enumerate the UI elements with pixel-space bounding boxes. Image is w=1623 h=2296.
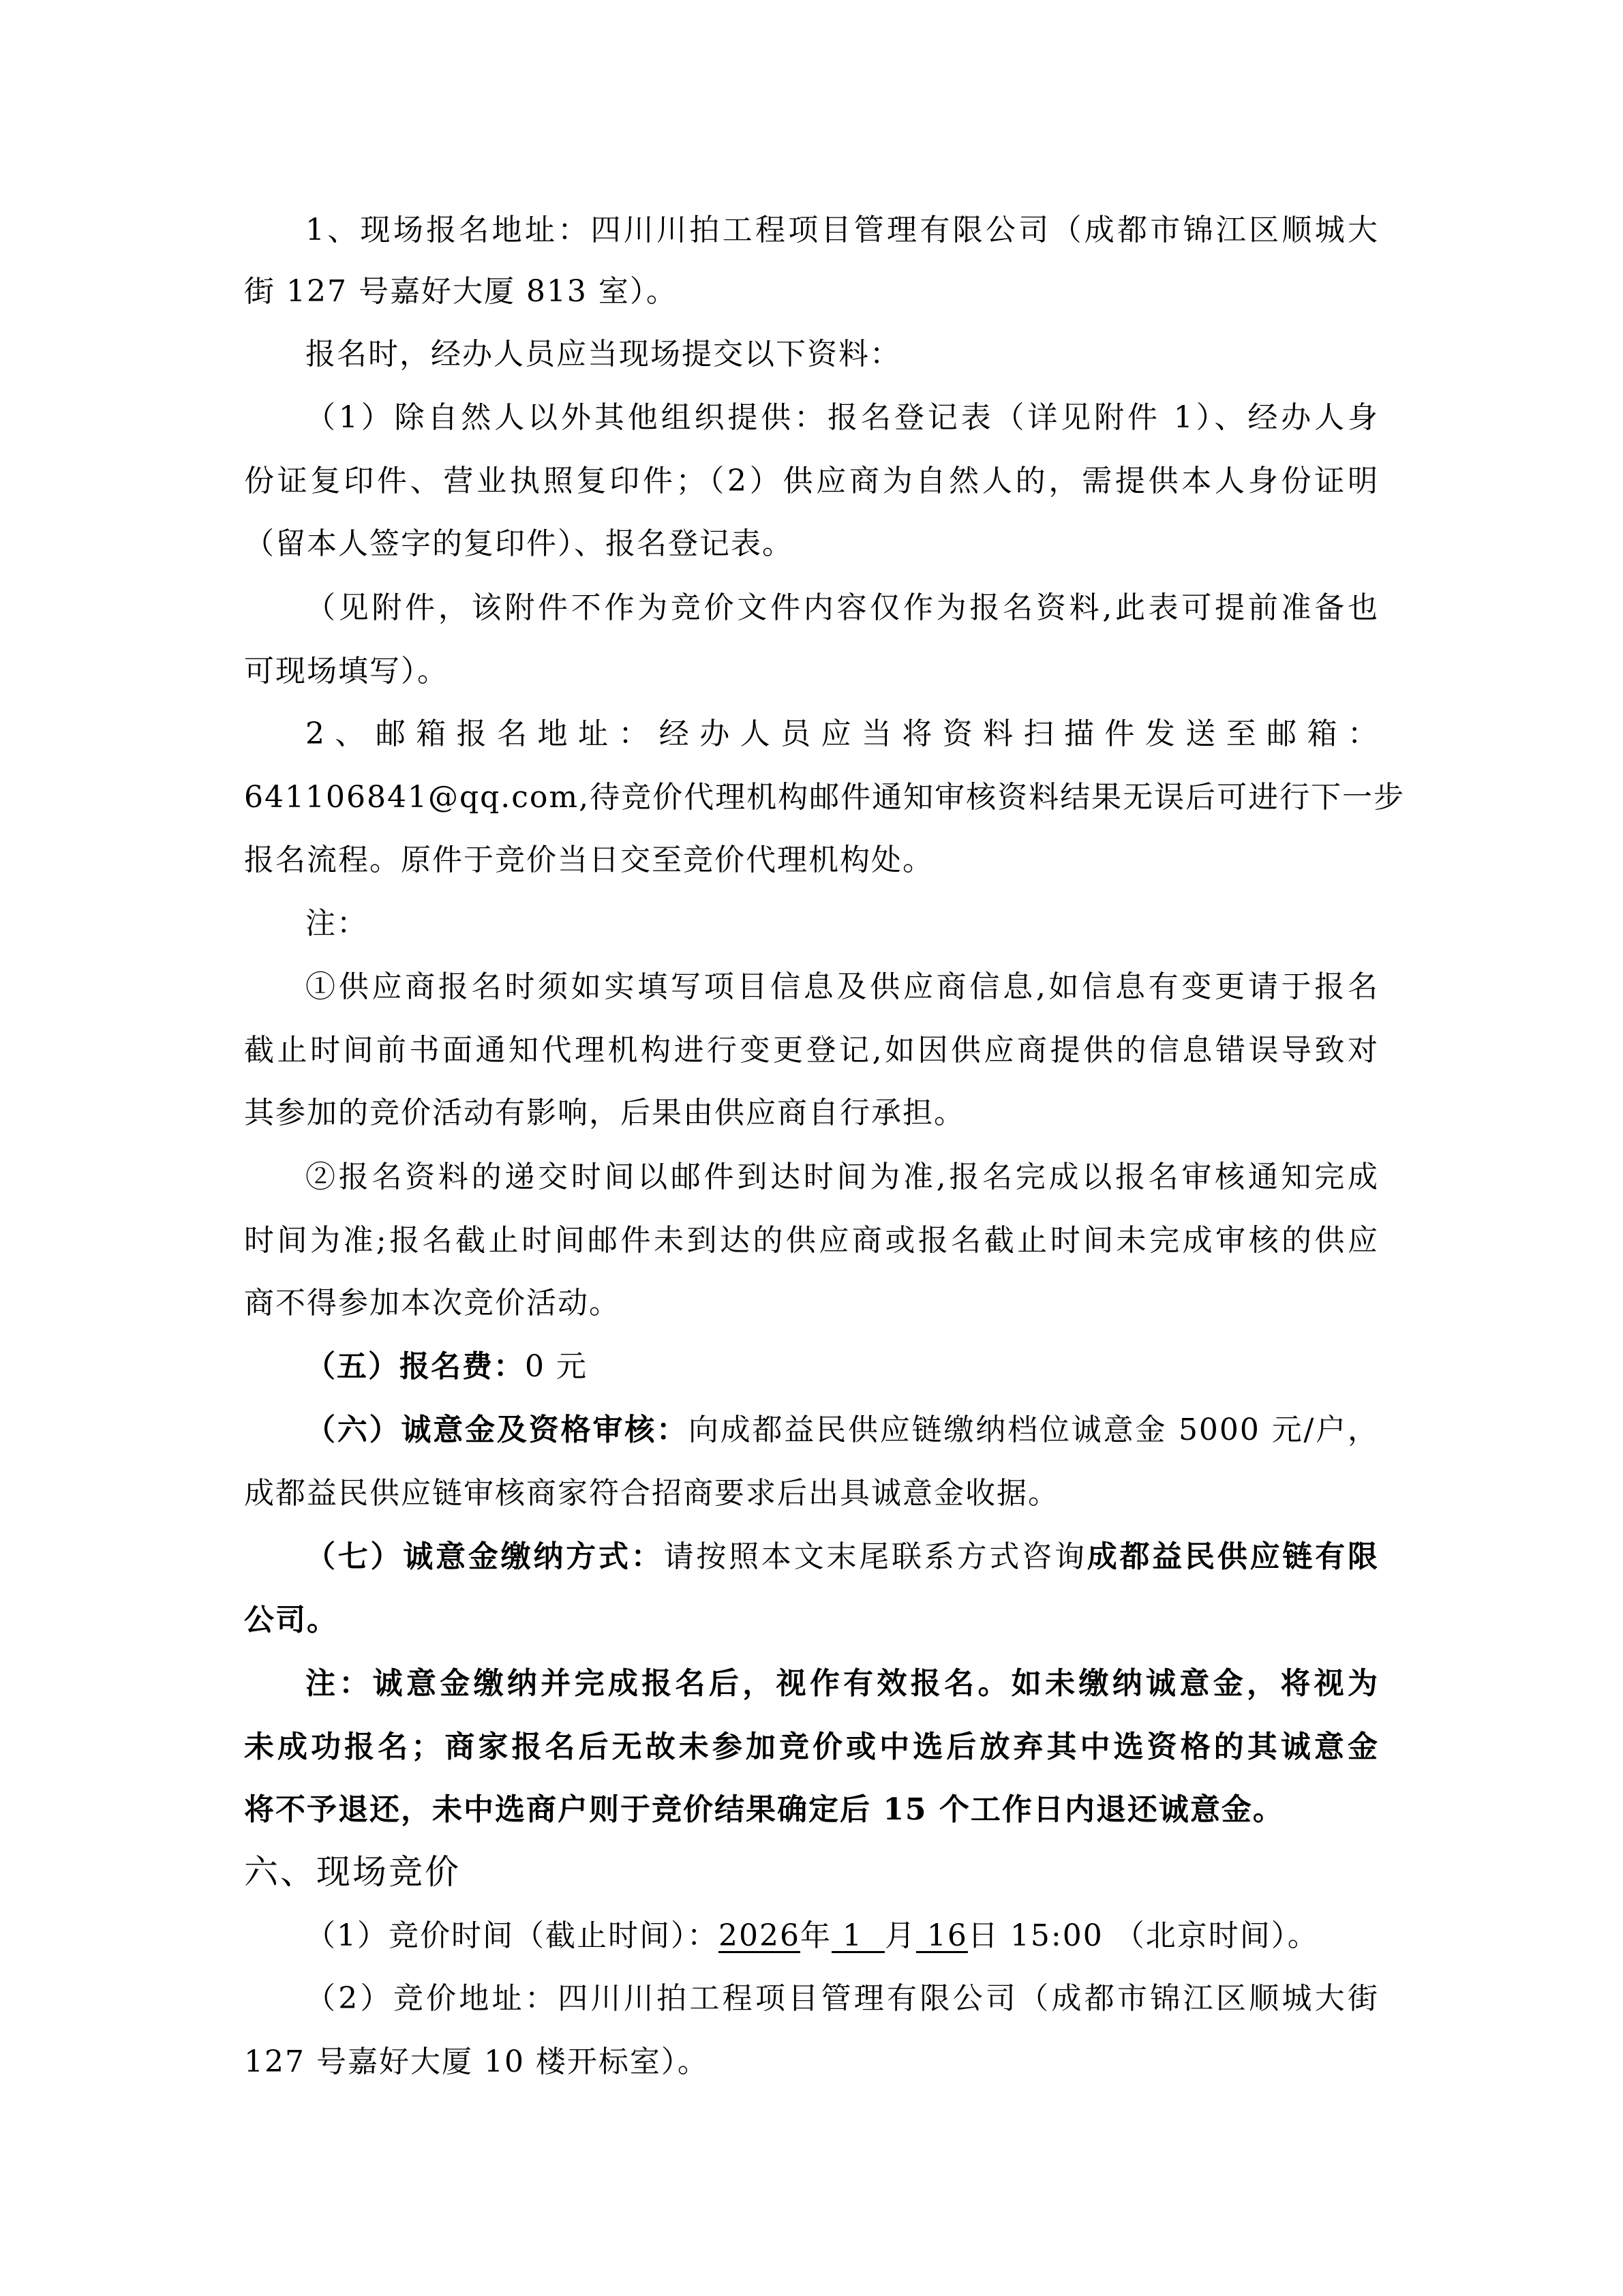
bold-note-line3: 将不予退还，未中选商户则于竞价结果确定后 15 个工作日内退还诚意金。 xyxy=(244,1789,1379,1830)
deposit-text: 向成都益民供应链缴纳档位诚意金 5000 元/户， xyxy=(688,1413,1379,1447)
bidding-day: 16 xyxy=(916,1918,968,1953)
registration-fee-value: 0 元 xyxy=(525,1349,588,1384)
note-label: 注： xyxy=(305,903,1379,944)
payment-text: 请按照本文末尾联系方式咨询 xyxy=(664,1539,1087,1574)
onsite-registration-address-line2: 街 127 号嘉好大厦 813 室）。 xyxy=(244,271,1379,312)
month-unit: 月 xyxy=(885,1918,916,1953)
payment-company: 成都益民供应链有限 xyxy=(1087,1539,1379,1574)
bidding-year: 2026 xyxy=(718,1918,800,1953)
submit-materials-intro: 报名时，经办人员应当现场提交以下资料： xyxy=(305,334,1379,375)
bidding-clock: 15:00 （北京时间）。 xyxy=(999,1918,1319,1953)
email-registration-line3: 报名流程。原件于竞价当日交至竞价代理机构处。 xyxy=(244,840,1379,881)
year-unit: 年 xyxy=(800,1918,832,1953)
document-page: 1、现场报名地址：四川川拍工程项目管理有限公司（成都市锦江区顺城大 街 127 … xyxy=(0,0,1623,2296)
deposit-line1: （六）诚意金及资格审核：向成都益民供应链缴纳档位诚意金 5000 元/户， xyxy=(305,1410,1379,1451)
payment-label: （七）诚意金缴纳方式： xyxy=(305,1539,664,1574)
attachment-note-line1: （见附件，该附件不作为竞价文件内容仅作为报名资料,此表可提前准备也 xyxy=(305,588,1379,629)
bidding-time-prefix: （1）竞价时间（截止时间）： xyxy=(305,1918,718,1953)
deposit-line2: 成都益民供应链审核商家符合招商要求后出具诚意金收据。 xyxy=(244,1473,1379,1514)
bold-note-line2: 未成功报名；商家报名后无故未参加竞价或中选后放弃其中选资格的其诚意金 xyxy=(244,1727,1379,1768)
payment-line1: （七）诚意金缴纳方式：请按照本文末尾联系方式咨询成都益民供应链有限 xyxy=(305,1537,1379,1577)
bold-note-line1: 注：诚意金缴纳并完成报名后，视作有效报名。如未缴纳诚意金，将视为 xyxy=(305,1663,1379,1704)
materials-line1: （1）除自然人以外其他组织提供：报名登记表（详见附件 1）、经办人身 xyxy=(305,397,1379,438)
day-unit: 日 xyxy=(968,1918,999,1953)
note-1-line2: 截止时间前书面通知代理机构进行变更登记,如因供应商提供的信息错误导致对 xyxy=(244,1030,1379,1071)
registration-fee-label: （五）报名费： xyxy=(305,1349,525,1384)
note-1-line1: ①供应商报名时须如实填写项目信息及供应商信息,如信息有变更请于报名 xyxy=(305,967,1379,1008)
materials-line2: 份证复印件、营业执照复印件；（2）供应商为自然人的，需提供本人身份证明 xyxy=(244,461,1379,502)
bidding-month: 1 xyxy=(832,1918,885,1953)
bidding-address-line2: 127 号嘉好大厦 10 楼开标室）。 xyxy=(244,2042,1379,2083)
payment-line2: 公司。 xyxy=(244,1600,1379,1641)
note-2-line2: 时间为准;报名截止时间邮件未到达的供应商或报名截止时间未完成审核的供应 xyxy=(244,1220,1379,1261)
attachment-note-line2: 可现场填写）。 xyxy=(244,651,1379,692)
deposit-label: （六）诚意金及资格审核： xyxy=(305,1413,688,1447)
bidding-address-line1: （2）竞价地址：四川川拍工程项目管理有限公司（成都市锦江区顺城大街 xyxy=(305,1978,1379,2019)
note-1-line3: 其参加的竞价活动有影响，后果由供应商自行承担。 xyxy=(244,1093,1379,1134)
note-2-line1: ②报名资料的递交时间以邮件到达时间为准,报名完成以报名审核通知完成 xyxy=(305,1157,1379,1198)
section-heading-onsite-bidding: 六、现场竞价 xyxy=(244,1852,1379,1892)
onsite-registration-address-line1: 1、现场报名地址：四川川拍工程项目管理有限公司（成都市锦江区顺城大 xyxy=(305,210,1379,251)
email-registration-line1: 2、邮箱报名地址：经办人员应当将资料扫描件发送至邮箱： xyxy=(305,714,1379,755)
note-2-line3: 商不得参加本次竞价活动。 xyxy=(244,1283,1379,1324)
registration-fee: （五）报名费：0 元 xyxy=(305,1346,1379,1387)
materials-line3: （留本人签字的复印件）、报名登记表。 xyxy=(244,524,1379,564)
bidding-time: （1）竞价时间（截止时间）：2026年 1 月 16日 15:00 （北京时间）… xyxy=(305,1916,1379,1957)
email-registration-line2: 641106841@qq.com,待竞价代理机构邮件通知审核资料结果无误后可进行… xyxy=(244,777,1379,818)
